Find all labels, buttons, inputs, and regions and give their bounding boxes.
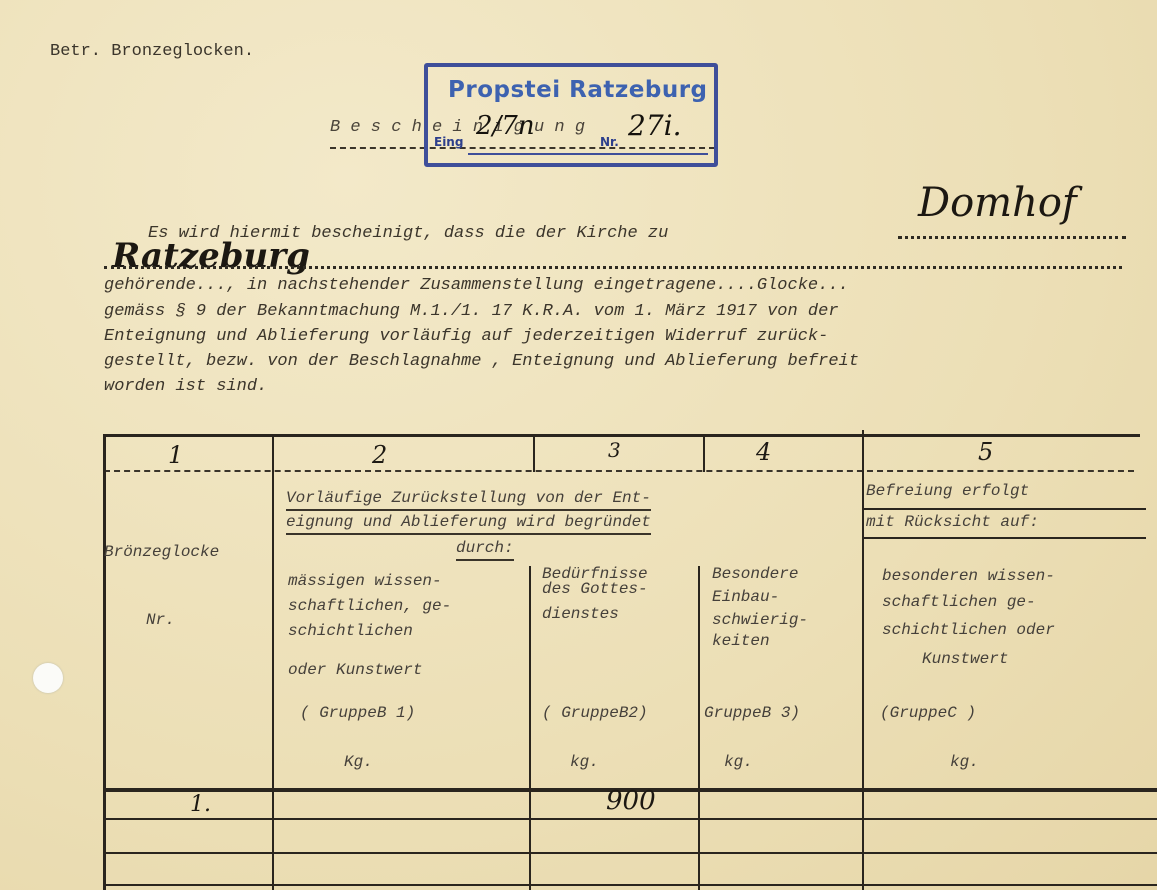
col-divider-4 [862,430,864,890]
col-divider-2-top [533,434,535,472]
column-number-4: 4 [756,438,771,466]
col5-header-line-1: Befreiung erfolgt [866,480,1029,503]
col5-header-rule-1 [864,508,1146,510]
col-divider-2 [529,566,531,890]
table-top-border [104,434,1140,437]
col3-line-2: des Gottes- [542,582,648,597]
column-number-5: 5 [978,438,993,466]
column-number-1: 1 [168,441,183,469]
col5-unit: kg. [950,751,979,774]
row-divider-3 [104,884,1157,886]
col1-nr-label: Nr. [146,609,175,632]
col5-header-line-2: mit Rücksicht auf: [866,511,1039,534]
group-header-line-1: Vorläufige Zurückstellung von der Ent- [286,488,651,511]
row-divider-2 [104,852,1157,854]
col4-group: GruppeB 3) [704,702,800,725]
col3-group: ( GruppeB2) [542,702,648,725]
bell-table: 1 2 3 4 5 Brönzeglocke Nr. Vorläufige Zu… [0,0,1157,890]
table-row-1-nr: 1. [190,792,211,817]
table-left-border [103,434,106,890]
group-header-line-3: durch: [456,538,514,561]
col2-line-1: mässigen wissen- [288,570,442,593]
col2-unit: Kg. [344,751,373,774]
column-number-3: 3 [608,438,621,462]
col5-header-rule-2 [864,537,1146,539]
column-number-2: 2 [372,441,387,469]
col-divider-3-top [703,434,705,472]
row-divider-1 [104,818,1157,820]
col2-line-3: schichtlichen [288,620,413,643]
col-divider-1 [272,434,274,890]
col1-header: Brönzeglocke [104,541,219,564]
group-header-line-2: eignung und Ablieferung wird begründet [286,512,651,535]
col4-unit: kg. [724,751,753,774]
col4-line-4: keiten [712,630,770,653]
col4-line-2: Einbau- [712,586,779,609]
col2-line-4: oder Kunstwert [288,659,422,682]
col4-line-3: schwierig- [712,609,808,632]
col5-line-2: schaftlichen ge- [882,591,1036,614]
col5-line-3: schichtlichen oder [882,619,1055,642]
table-row-1-col3-value: 900 [606,786,656,816]
col2-group: ( GruppeB 1) [300,702,415,725]
col2-line-2: schaftlichen, ge- [288,595,451,618]
col5-group: (GruppeC ) [880,702,976,725]
col4-line-1: Besondere [712,563,798,586]
column-number-divider [104,470,1134,472]
col5-line-4: Kunstwert [922,648,1008,671]
col3-line-3: dienstes [542,603,619,626]
col-divider-3 [698,566,700,890]
col5-line-1: besonderen wissen- [882,565,1055,588]
col3-unit: kg. [570,751,599,774]
